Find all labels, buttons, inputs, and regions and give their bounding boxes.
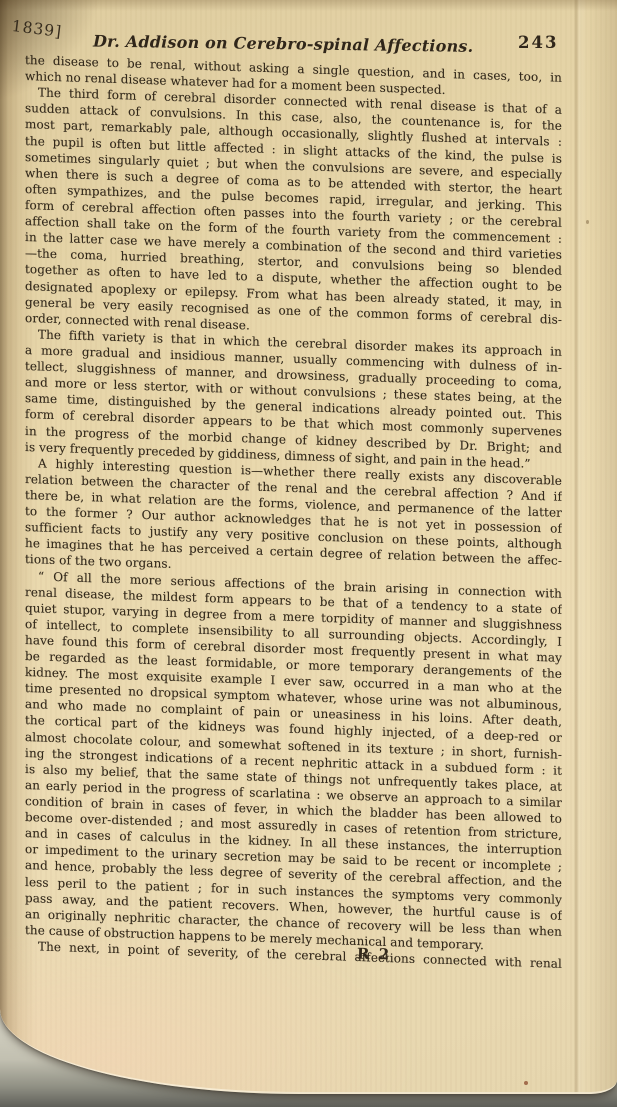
year-label: 1839] xyxy=(11,17,63,41)
paper-speck xyxy=(586,220,589,224)
paper-speck xyxy=(524,1081,528,1085)
signature-mark: R 2 xyxy=(357,945,391,964)
running-title: Dr. Addison on Cerebro-spinal Affections… xyxy=(93,32,443,56)
book-page: 1839] Dr. Addison on Cerebro-spinal Affe… xyxy=(0,0,617,1094)
body-lines: the disease to be renal, without asking … xyxy=(25,52,562,972)
scanned-page: 1839] Dr. Addison on Cerebro-spinal Affe… xyxy=(0,0,617,1107)
page-number: 243 xyxy=(518,33,558,52)
